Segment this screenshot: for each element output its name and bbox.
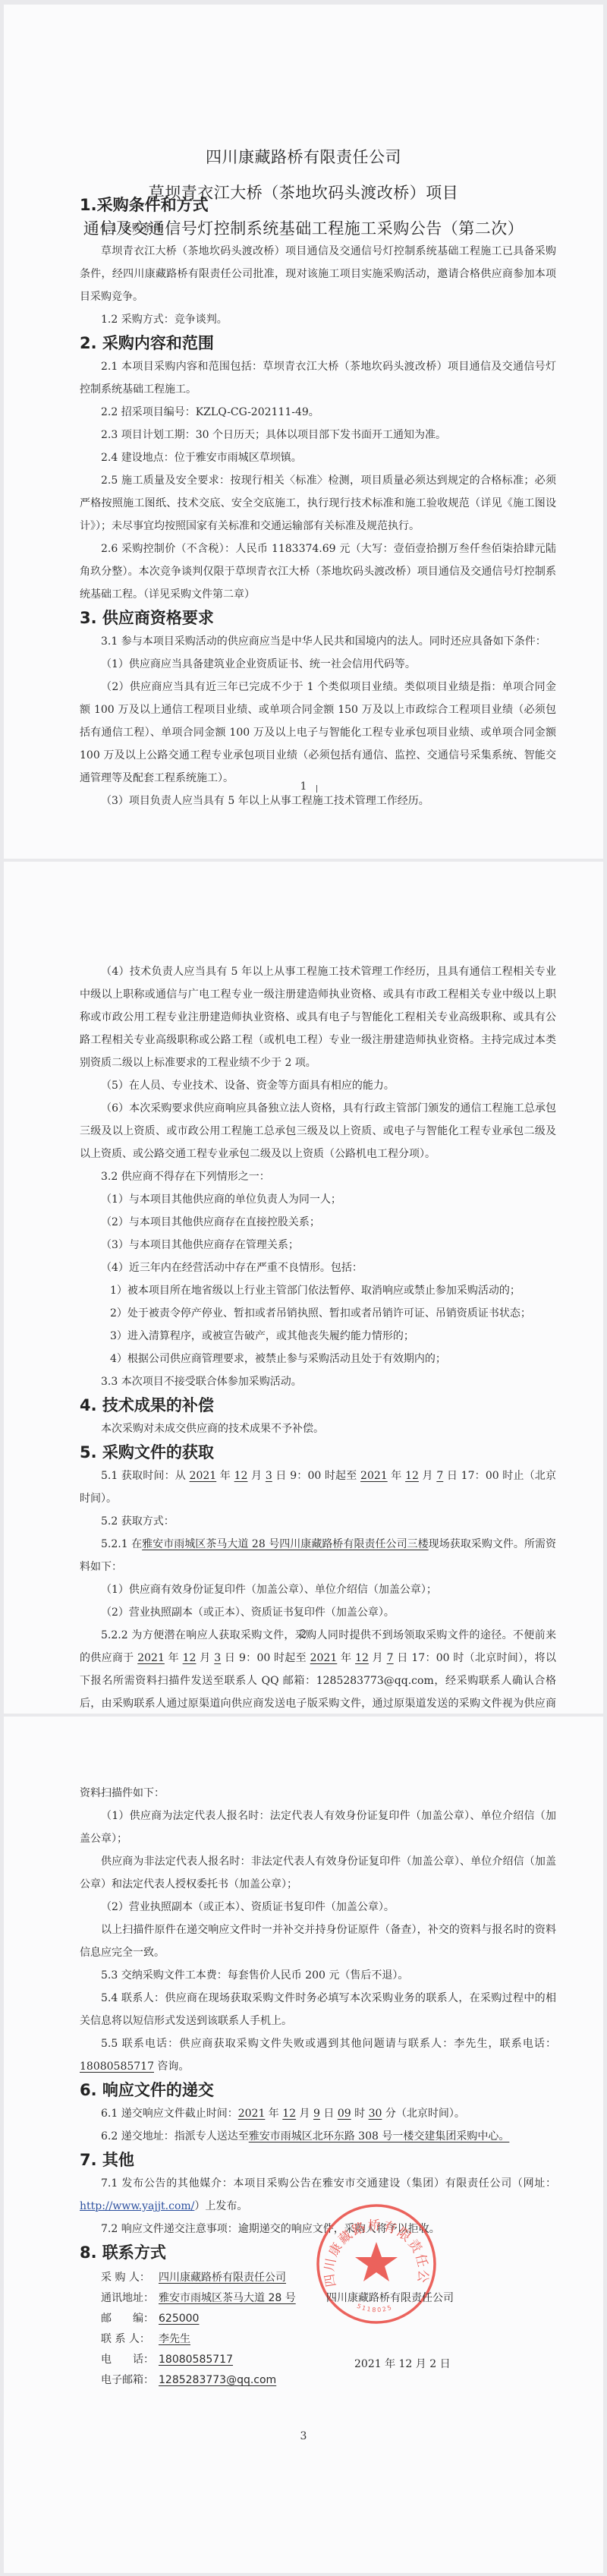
date-day: 7 (436, 1470, 443, 1482)
section-2-3-text: 2.3 项目计划工期：30 个日历天；具体以项目部下发书面开工通知为准。 (80, 424, 556, 446)
section-2-2-text: 2.2 招采项目编号：KZLQ-CG-202111-49。 (80, 401, 556, 424)
section-3-2-subitem-2: 2）处于被责令停产停业、暂扣或者吊销执照、暂扣或者吊销许可证、吊销资质证书状态； (80, 1302, 556, 1325)
value: 625000 (159, 2309, 199, 2329)
label: 联 系 人： (101, 2329, 159, 2350)
page-number: 2 (4, 1629, 603, 1641)
section-5-3-text: 5.3 交纳采购文件工本费：每套售价人民币 200 元（售后不退）。 (80, 1964, 556, 1987)
section-4-heading: 4. 技术成果的补偿 (80, 1393, 556, 1417)
contact-phone: 18080585717 (80, 2060, 154, 2073)
text: 年 (388, 1470, 405, 1482)
title-company: 四川康藏路桥有限责任公司 (4, 140, 603, 175)
section-5-2-1-text: 5.2.1 在雅安市雨城区茶马大道 28 号四川康藏路桥有限责任公司三楼现场获取… (80, 1533, 556, 1578)
date-day: 7 (387, 1652, 394, 1664)
deadline-year: 2021 (238, 2108, 266, 2120)
page2-body: （4）技术负责人应当具有 5 年以上从事工程施工技术管理工作经历，且具有通信工程… (80, 960, 556, 1714)
submission-address: 雅安市雨城区北环东路 308 号一楼交建集团采购中心。 (249, 2130, 510, 2142)
text: 分（北京时间）。 (382, 2108, 464, 2120)
section-5-2-2-item-2: （2）营业执照副本（或正本）、资质证书复印件（加盖公章）。 (80, 1896, 556, 1919)
date-year: 2021 (137, 1652, 165, 1664)
deadline-day: 9 (313, 2108, 320, 2120)
page-number: 1 (4, 780, 603, 793)
section-3-2-item-1: （1）与本项目其他供应商的单位负责人为同一人； (80, 1188, 556, 1211)
page1-body: 1.采购条件和方式 1.1 采购条件 草坝青衣江大桥（茶地坎码头渡改桥）项目通信… (80, 193, 556, 812)
section-5-2-2-item-1b: 供应商为非法定代表人报名时：非法定代表人有效身份证复印件（加盖公章）、单位介绍信… (80, 1850, 556, 1896)
date-year: 2021 (190, 1470, 217, 1482)
section-3-heading: 3. 供应商资格要求 (80, 606, 556, 630)
section-3-2-text: 3.2 供应商不得存在下列情形之一： (80, 1165, 556, 1188)
section-1-heading: 1.采购条件和方式 (80, 193, 556, 217)
text: 年 (216, 1470, 234, 1482)
text: 5.5 联系电话：供应商获取采购文件失败或遇到其他问题请与联系人：李先生，联系电… (101, 2038, 556, 2050)
seal-ring-text: 四川康藏路桥有限责任公司 (315, 2202, 431, 2288)
text: 日 9：00 时起至 (221, 1652, 310, 1664)
section-3-1-item-3: （3）项目负责人应当具有 5 年以上从事工程施工技术管理工作经历。 (80, 790, 556, 812)
section-1-1-label: 1.1 采购条件 (80, 217, 556, 240)
svg-text:四川康藏路桥有限责任公司: 四川康藏路桥有限责任公司 (315, 2202, 431, 2288)
pickup-address: 雅安市雨城区茶马大道 28 号四川康藏路桥有限责任公司三楼 (142, 1538, 429, 1550)
value: 1285283773@qq.com (159, 2370, 276, 2391)
document-page-2: （4）技术负责人应当具有 5 年以上从事工程施工技术管理工作经历，且具有通信工程… (4, 862, 603, 1714)
section-5-2-1-item-1: （1）供应商有效身份证复印件（加盖公章）、单位介绍信（加盖公章）； (80, 1578, 556, 1601)
section-2-4-text: 2.4 建设地点：位于雅安市雨城区草坝镇。 (80, 446, 556, 469)
text: 日 (320, 2108, 338, 2120)
text: 月 (419, 1470, 436, 1482)
section-5-2-2-item-1: （1）供应商为法定代表人报名时：法定代表人有效身份证复印件（加盖公章）、单位介绍… (80, 1805, 556, 1850)
text: 月 (369, 1652, 387, 1664)
date-month: 12 (355, 1652, 369, 1664)
date-month: 12 (234, 1470, 248, 1482)
section-6-1-text: 6.1 递交响应文件截止时间：2021 年 12 月 9 日 09 时 30 分… (80, 2102, 556, 2125)
date-month: 12 (405, 1470, 419, 1482)
section-5-2-text: 5.2 获取方式： (80, 1510, 556, 1533)
deadline-month: 12 (282, 2108, 296, 2120)
date-day: 3 (214, 1652, 221, 1664)
date-month: 12 (183, 1652, 197, 1664)
section-3-2-item-4: （4）近三年内在经营活动中存在严重不良情形。包括： (80, 1256, 556, 1279)
website-link[interactable]: http://www.yajjt.com/ (80, 2200, 194, 2212)
text: ）上发布。 (194, 2200, 247, 2212)
section-6-heading: 6. 响应文件的递交 (80, 2078, 556, 2102)
text: 咨询。 (154, 2060, 189, 2073)
contact-email: 电子邮箱： 1285283773@qq.com (101, 2370, 556, 2391)
deadline-minute: 30 (369, 2108, 382, 2120)
text: 月 (196, 1652, 214, 1664)
text: 年 (165, 1652, 183, 1664)
text: 5.1 获取时间：从 (101, 1470, 190, 1482)
text: 5.2.1 在 (101, 1538, 142, 1550)
section-5-5-text: 5.5 联系电话：供应商获取采购文件失败或遇到其他问题请与联系人：李先生，联系电… (80, 2032, 556, 2078)
section-2-1-text: 2.1 本项目采购内容和范围包括：草坝青衣江大桥（茶地坎码头渡改桥）项目通信及交… (80, 355, 556, 401)
section-3-2-subitem-3: 3）进入清算程序，或被宣告破产，或其他丧失履约能力情形的； (80, 1325, 556, 1348)
label: 通讯地址： (101, 2288, 159, 2309)
section-3-2-subitem-1: 1）被本项目所在地省级以上行业主管部门依法暂停、取消响应或禁止参加采购活动的； (80, 1279, 556, 1302)
section-3-2-item-2: （2）与本项目其他供应商存在直接控股关系； (80, 1211, 556, 1234)
section-5-2-2-note: 以上扫描件原件在递交响应文件时一并补交并持身份证原件（备查），补交的资料与报名时… (80, 1919, 556, 1964)
section-3-1-item-6: （6）本次采购要求供应商响应具备独立法人资格，具有行政主管部门颁发的通信工程施工… (80, 1097, 556, 1165)
section-5-2-2-cont: 资料扫描件如下： (80, 1782, 556, 1805)
section-2-heading: 2. 采购内容和范围 (80, 331, 556, 355)
section-6-2-text: 6.2 递交地址：指派专人送达至雅安市雨城区北环东路 308 号一楼交建集团采购… (80, 2125, 556, 2148)
text: 年 (337, 1652, 355, 1664)
label: 邮 编： (101, 2309, 159, 2329)
value: 雅安市雨城区茶马大道 28 号 (159, 2288, 296, 2309)
page-number: 3 (4, 2430, 603, 2442)
section-3-2-subitem-4: 4）根据公司供应商管理要求，被禁止参与采购活动且处于有效期内的； (80, 1348, 556, 1370)
value: 李先生 (159, 2329, 190, 2350)
section-5-heading: 5. 采购文件的获取 (80, 1440, 556, 1465)
section-7-heading: 7. 其他 (80, 2148, 556, 2172)
section-3-1-item-2: （2）供应商应当具有近三年已完成不少于 1 个类似项目业绩。类似项目业绩是指：单… (80, 676, 556, 790)
section-3-3-text: 3.3 本次项目不接受联合体参加采购活动。 (80, 1370, 556, 1393)
label: 电子邮箱： (101, 2370, 159, 2391)
text: 年 (265, 2108, 282, 2120)
text: 6.2 递交地址：指派专人送达至 (101, 2130, 249, 2142)
text: 时 (351, 2108, 369, 2120)
text: 日 9：00 时起至 (272, 1470, 360, 1482)
value: 四川康藏路桥有限责任公司 (159, 2268, 286, 2288)
label: 采 购 人： (101, 2268, 159, 2288)
section-2-5-text: 2.5 施工质量及安全要求：按现行相关〈标准〉检测，项目质量必须达到规定的合格标… (80, 469, 556, 538)
section-5-4-text: 5.4 联系人：供应商在现场获取采购文件时务必填写本次采购业务的联系人，在采购过… (80, 1987, 556, 2032)
text: 月 (247, 1470, 265, 1482)
contact-phone-row: 电 话： 18080585717 (101, 2350, 556, 2370)
section-2-6-text: 2.6 采购控制价（不含税）：人民币 1183374.69 元（大写：壹佰壹拾捌… (80, 538, 556, 606)
section-3-2-item-3: （3）与本项目其他供应商存在管理关系； (80, 1234, 556, 1256)
section-3-1-item-4: （4）技术负责人应当具有 5 年以上从事工程施工技术管理工作经历，且具有通信工程… (80, 960, 556, 1074)
label: 电 话： (101, 2350, 159, 2370)
section-3-1-item-5: （5）在人员、专业技术、设备、资金等方面具有相应的能力。 (80, 1074, 556, 1097)
value: 18080585717 (159, 2350, 233, 2370)
section-5-1-text: 5.1 获取时间：从 2021 年 12 月 3 日 9：00 时起至 2021… (80, 1465, 556, 1510)
date-day: 3 (266, 1470, 272, 1482)
date-year: 2021 (360, 1470, 388, 1482)
text: 7.1 发布公告的其他媒介：本项目采购公告在雅安市交通建设（集团）有限责任公司（… (101, 2177, 556, 2190)
contact-person: 联 系 人： 李先生 (101, 2329, 556, 2350)
section-4-text: 本次采购对未成交供应商的技术成果不予补偿。 (80, 1417, 556, 1440)
section-5-2-1-item-2: （2）营业执照副本（或正本）、资质证书复印件（加盖公章）。 (80, 1601, 556, 1624)
section-3-1-text: 3.1 参与本项目采购活动的供应商应当是中华人民共和国境内的法人。同时还应具备如… (80, 630, 556, 653)
deadline-hour: 09 (338, 2108, 351, 2120)
signature-date: 2021 年 12 月 2 日 (354, 2356, 451, 2371)
document-page-1: 四川康藏路桥有限责任公司 草坝青衣江大桥（茶地坎码头渡改桥）项目 通信及交通信号… (4, 5, 603, 859)
signature-company: 四川康藏路桥有限责任公司 (326, 2290, 454, 2305)
company-seal-icon: 四川康藏路桥有限责任公司 5118025 (315, 2202, 438, 2325)
text: 月 (296, 2108, 313, 2120)
text: 6.1 递交响应文件截止时间： (101, 2108, 238, 2120)
section-1-2-text: 1.2 采购方式：竞争谈判。 (80, 308, 556, 331)
document-page-3: 资料扫描件如下： （1）供应商为法定代表人报名时：法定代表人有效身份证复印件（加… (4, 1717, 603, 2573)
section-1-1-text: 草坝青衣江大桥（茶地坎码头渡改桥）项目通信及交通信号灯控制系统基础工程施工已具备… (80, 240, 556, 308)
section-3-1-item-1: （1）供应商应当具备建筑业企业资质证书、统一社会信用代码等。 (80, 653, 556, 676)
date-year: 2021 (310, 1652, 338, 1664)
